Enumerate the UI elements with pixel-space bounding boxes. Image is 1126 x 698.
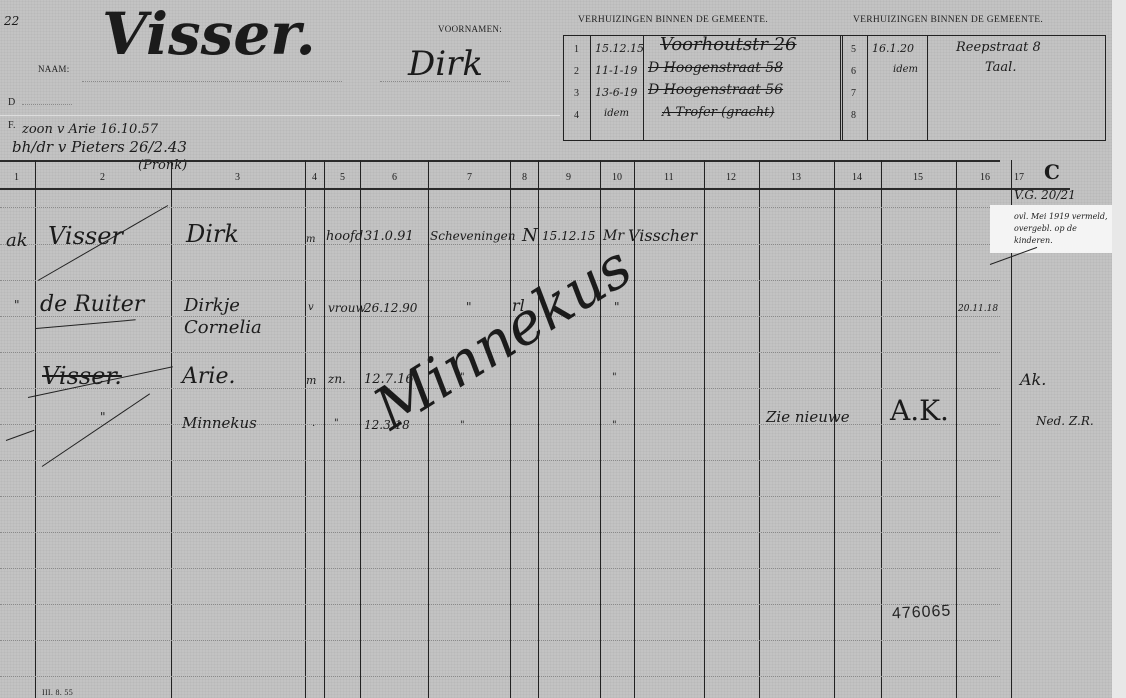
cell: v <box>308 302 314 313</box>
cell: Scheveningen <box>430 229 515 243</box>
column-number: 5 <box>340 172 345 183</box>
column-number: 16 <box>980 172 990 183</box>
column-number: 13 <box>791 172 801 183</box>
column-number: 6 <box>392 172 397 183</box>
cell: " <box>334 418 339 429</box>
move-num: 8 <box>851 110 856 121</box>
scan-edge <box>1112 0 1126 698</box>
column-number: 15 <box>913 172 923 183</box>
parents-line-1: zoon v Arie 16.10.57 <box>22 122 158 137</box>
cell: ak <box>6 230 28 251</box>
column-number: 17 <box>1014 172 1024 183</box>
column-number: 11 <box>664 172 674 183</box>
cell: Zie nieuwe <box>766 408 850 426</box>
cell: . <box>312 418 315 429</box>
move-address: D Hoogenstraat 56 <box>648 82 783 98</box>
cell: " <box>612 372 617 383</box>
cell: " <box>14 298 20 312</box>
naam-label: NAAM: <box>38 64 70 74</box>
pasted-note: ovl. Mei 1919 vermeld, overgebl. op de k… <box>990 205 1120 253</box>
move-num: 2 <box>574 66 579 77</box>
moves-right-title: VERHUIZINGEN BINNEN DE GEMEENTE. <box>853 15 1043 25</box>
parents-line-2: bh/dr v Pieters 26/2.43 <box>12 138 187 156</box>
move-num: 5 <box>851 44 856 55</box>
cell: " <box>460 420 465 431</box>
column-number: 10 <box>612 172 622 183</box>
moves-left-title: VERHUIZINGEN BINNEN DE GEMEENTE. <box>578 15 768 25</box>
column-number: 9 <box>566 172 571 183</box>
column-number: 2 <box>100 172 105 183</box>
cell: zn. <box>328 372 346 386</box>
move-date: idem <box>893 64 918 75</box>
cell: Ned. Z.R. <box>1036 414 1094 428</box>
column-number: 12 <box>726 172 736 183</box>
surname: Visser. <box>102 0 316 68</box>
move-date: 13-6-19 <box>595 86 637 99</box>
column-number: 14 <box>852 172 862 183</box>
move-address: Voorhoutstr 26 <box>660 34 797 55</box>
cell: " <box>100 410 106 424</box>
pasted-note-text: ovl. Mei 1919 vermeld, overgebl. op de k… <box>1014 211 1116 247</box>
overwrite-annotation: Minnekus <box>362 232 643 443</box>
cell: 15.12.15 <box>542 229 595 243</box>
register-card: 22 NAAM: Visser. VOORNAMEN: Dirk D F. zo… <box>0 0 1112 698</box>
print-code: III. 8. 55 <box>42 688 73 697</box>
cell: " <box>466 300 472 314</box>
move-date: 15.12.15 <box>595 42 644 55</box>
move-address: Taal. <box>985 60 1016 75</box>
move-date: idem <box>604 108 629 119</box>
cell: m <box>306 234 315 245</box>
move-address: A Trofer (gracht) <box>662 105 774 120</box>
move-date: 16.1.20 <box>872 42 914 55</box>
column-number: 7 <box>467 172 472 183</box>
corner-mark: 22 <box>4 14 19 28</box>
column-number: 1 <box>14 172 19 183</box>
move-date: 11-1-19 <box>595 64 637 77</box>
serial-number: 476065 <box>892 602 952 623</box>
move-num: 1 <box>574 44 579 55</box>
column-number: 3 <box>235 172 240 183</box>
cell: Arie. <box>182 364 235 389</box>
f-label: F. <box>8 120 16 131</box>
strike-line <box>36 319 136 329</box>
move-address: Reepstraat 8 <box>956 40 1041 55</box>
cell: vrouw <box>328 301 366 315</box>
given-name: Dirk <box>408 44 483 84</box>
strike-line <box>42 393 150 467</box>
d-label: D <box>8 97 16 108</box>
column-number: 4 <box>312 172 317 183</box>
move-address: D Hoogenstraat 58 <box>648 60 783 76</box>
cell: Ak. <box>1020 370 1046 389</box>
move-num: 6 <box>851 66 856 77</box>
cell: 31.0.91 <box>364 229 414 244</box>
voornamen-label: VOORNAMEN: <box>438 24 502 34</box>
cell: 20.11.18 <box>958 304 998 314</box>
cell: m <box>306 374 316 387</box>
cell: Dirk <box>186 220 239 248</box>
cell: Visscher <box>628 226 697 245</box>
cell: Dirkje Cornelia <box>184 295 304 339</box>
cell: N <box>522 225 538 246</box>
cell: " <box>612 420 617 431</box>
cell: Minnekus <box>182 414 257 432</box>
column-number: 8 <box>522 172 527 183</box>
cell: A.K. <box>890 394 949 427</box>
cell: hoofd <box>326 229 363 244</box>
strike-line <box>6 430 35 441</box>
move-num: 7 <box>851 88 856 99</box>
cell: 26.12.90 <box>364 301 417 315</box>
move-num: 4 <box>574 110 579 121</box>
col17-note: V.G. 20/21 <box>1014 188 1076 202</box>
move-num: 3 <box>574 88 579 99</box>
col17-stamp: C <box>1044 160 1060 184</box>
cell: de Ruiter <box>40 292 144 317</box>
